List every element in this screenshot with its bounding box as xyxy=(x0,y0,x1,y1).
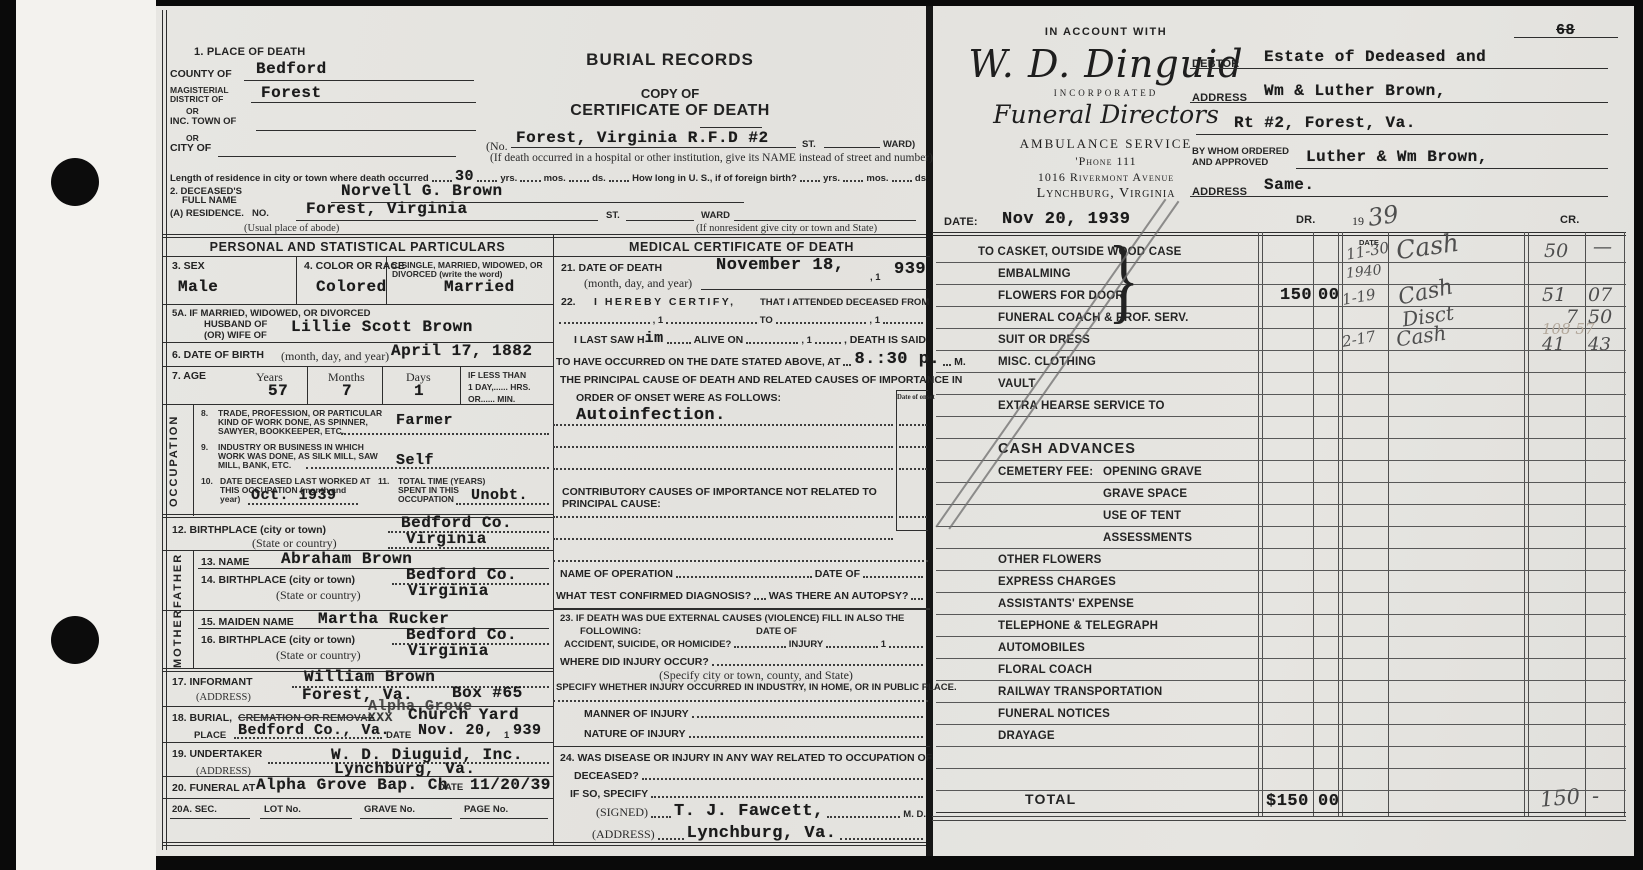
rule xyxy=(296,220,598,221)
ledger-row-label: TO CASKET, OUTSIDE WOOD CASE xyxy=(978,246,1181,258)
onset-box-border xyxy=(896,390,897,530)
ledger-row: TELEPHONE & TELEGRAPH xyxy=(936,614,1626,637)
hole-punch-icon xyxy=(51,616,99,664)
ledger-row-label: AUTOMOBILES xyxy=(998,642,1085,654)
wife-of-label: (OR) WIFE OF xyxy=(204,330,267,341)
birthplace-state: Virginia xyxy=(406,530,487,548)
occurred-row: TO HAVE OCCURRED ON THE DATE STATED ABOV… xyxy=(556,352,926,368)
preprint-1: , 1 xyxy=(869,315,880,326)
deceased-q-label: DECEASED? xyxy=(574,770,639,782)
mother-birthplace-label: 16. BIRTHPLACE (city or town) xyxy=(201,634,355,646)
age-days-value: 1 xyxy=(414,382,424,400)
deceased-q-row: DECEASED? xyxy=(574,768,926,782)
alive-on-label: ALIVE ON xyxy=(694,334,744,346)
to-label: TO xyxy=(760,315,773,326)
race-label: 4. COLOR OR RACE xyxy=(304,260,405,272)
page-gap xyxy=(926,6,933,856)
burial-date-preprint: 1 xyxy=(504,730,509,741)
dotted-rule xyxy=(899,446,927,448)
rule xyxy=(162,404,553,405)
cemetery-fee-label: CEMETERY FEE: xyxy=(998,466,1093,478)
page-no-label: PAGE No. xyxy=(464,804,508,815)
rule xyxy=(244,80,474,81)
dotted-rule xyxy=(553,516,893,518)
rule xyxy=(932,232,1626,233)
rule xyxy=(162,366,553,367)
ledger-row: MISC. CLOTHING xyxy=(936,350,1626,373)
district-label: DISTRICT OF xyxy=(170,94,223,104)
divider xyxy=(651,816,671,818)
address2-value: Rt #2, Forest, Va. xyxy=(1234,114,1416,132)
dob-label: 6. DATE OF BIRTH xyxy=(172,349,264,361)
place-of-death-heading: 1. PLACE OF DEATH xyxy=(194,46,305,58)
firm-street: 1016 Rivermont Avenue xyxy=(946,170,1266,185)
specify-city-note: (Specify city or town, county, and State… xyxy=(586,668,926,683)
rule xyxy=(824,147,880,148)
dotted-rule xyxy=(553,446,893,448)
inc-town-label: INC. TOWN OF xyxy=(170,116,236,127)
particulars-header: PERSONAL AND STATISTICAL PARTICULARS xyxy=(162,240,553,254)
sex-value: Male xyxy=(178,278,218,296)
divider xyxy=(863,576,923,578)
cell-divider xyxy=(193,610,194,668)
ledger-row xyxy=(936,746,1626,769)
cell-divider xyxy=(296,256,297,304)
rule xyxy=(162,237,930,238)
cash-advances-header: CASH ADVANCES xyxy=(998,441,1136,457)
signed-row: (SIGNED) T. J. Fawcett, M. D. xyxy=(596,800,926,820)
father-side-label: FATHER xyxy=(172,556,184,608)
certificate-title: CERTIFICATE OF DEATH xyxy=(520,102,820,120)
accident-label: ACCIDENT, SUICIDE, OR HOMICIDE? xyxy=(564,639,731,650)
date-of-death-preprint: , 1 xyxy=(870,272,881,283)
year-handwritten: 39 xyxy=(1366,200,1400,232)
mos-label: mos. xyxy=(866,173,888,184)
father-birthplace-state: Virginia xyxy=(408,582,489,600)
rule xyxy=(162,304,553,305)
specify-where-label: SPECIFY WHETHER INJURY OCCURRED IN INDUS… xyxy=(556,682,957,693)
rule xyxy=(734,220,916,221)
rule xyxy=(256,130,476,131)
onset-box-border xyxy=(896,390,928,391)
divider xyxy=(569,180,589,182)
total-label: TOTAL xyxy=(1025,791,1076,807)
rule xyxy=(932,235,1626,236)
debtor-value: Estate of Dedeased and xyxy=(1264,48,1486,66)
rule xyxy=(460,818,548,819)
item10-num: 10. xyxy=(201,476,213,486)
accident-row: ACCIDENT, SUICIDE, OR HOMICIDE? INJURY 1 xyxy=(564,636,926,650)
dotted-rule xyxy=(248,503,358,505)
rule xyxy=(932,820,1626,821)
rule xyxy=(162,234,930,235)
if-so-row: IF SO, SPECIFY xyxy=(570,786,926,800)
rule xyxy=(1190,102,1608,103)
dotted-rule xyxy=(899,468,927,470)
ledger-row-label: OPENING GRAVE xyxy=(1103,466,1202,478)
entry-cr-cents: 07 xyxy=(1588,284,1612,306)
physician-signature: T. J. Fawcett, xyxy=(674,802,824,821)
divider xyxy=(712,664,923,666)
ward-label: WARD xyxy=(701,210,730,221)
ledger-row: RAILWAY TRANSPORTATION xyxy=(936,680,1626,703)
binder-margin xyxy=(16,0,156,870)
divider xyxy=(676,576,812,578)
if-less-label: OR...... MIN. xyxy=(468,394,515,404)
st-label: ST. xyxy=(606,210,620,221)
abode-note: (Usual place of abode) xyxy=(244,223,339,234)
cert-border xyxy=(162,10,163,850)
rule xyxy=(360,818,452,819)
sex-label: 3. SEX xyxy=(172,260,205,272)
divider xyxy=(911,598,923,600)
preprint-1: , 1 xyxy=(653,315,664,326)
yrs-label: yrs. xyxy=(500,173,517,184)
divider xyxy=(776,322,867,324)
hole-punch-icon xyxy=(51,158,99,206)
autopsy-label: WAS THERE AN AUTOPSY? xyxy=(769,590,909,602)
address-label: (ADDRESS) xyxy=(592,827,655,842)
rule xyxy=(251,102,476,103)
dotted-rule xyxy=(388,547,549,549)
in-account-with-label: IN ACCOUNT WITH xyxy=(956,26,1256,38)
nature-row: NATURE OF INJURY xyxy=(584,726,926,740)
cell-divider xyxy=(382,366,383,404)
rule xyxy=(162,742,553,743)
ledger-row xyxy=(936,416,1626,439)
residence-label: (A) RESIDENCE. xyxy=(170,208,244,219)
age-years-value: 57 xyxy=(268,382,288,400)
occurred-label: TO HAVE OCCURRED ON THE DATE STATED ABOV… xyxy=(556,356,840,368)
rule xyxy=(1296,168,1608,169)
item11-num: 11. xyxy=(378,476,389,486)
total-cr-dollars: 150 xyxy=(1539,784,1581,811)
entry-cr-cents: — xyxy=(1593,236,1612,258)
divider xyxy=(815,342,841,344)
ledger-row-label: FLOWERS FOR DOOR xyxy=(998,290,1124,302)
father-name-label: 13. NAME xyxy=(201,556,249,568)
ledger-row: USE OF TENT xyxy=(936,504,1626,527)
firm-subtitle: Funeral Directors xyxy=(946,100,1266,129)
age-label: 7. AGE xyxy=(172,370,206,382)
manner-row: MANNER OF INJURY xyxy=(584,706,926,720)
undertaker-label: 19. UNDERTAKER xyxy=(172,748,262,760)
contributory-label: CONTRIBUTORY CAUSES OF IMPORTANCE NOT RE… xyxy=(562,486,877,498)
divider xyxy=(642,778,923,780)
dob-sublabel: (month, day, and year) xyxy=(281,349,389,364)
ledger-row: EMBALMING xyxy=(936,262,1626,285)
occupation-related-label: 24. WAS DISEASE OR INJURY IN ANY WAY REL… xyxy=(560,752,932,764)
funeral-date-label: DATE xyxy=(438,782,463,793)
divider xyxy=(840,838,924,840)
deceased-label: FULL NAME xyxy=(182,195,237,206)
father-name: Abraham Brown xyxy=(281,550,412,568)
rule xyxy=(626,220,694,221)
ledger-page-number: 68 xyxy=(1556,22,1575,39)
st-label: ST. xyxy=(802,139,816,150)
grave-no-label: GRAVE No. xyxy=(364,804,415,815)
nature-of-injury-label: NATURE OF INJURY xyxy=(584,728,686,740)
ledger-row-label: OTHER FLOWERS xyxy=(998,554,1102,566)
rule xyxy=(1190,68,1608,69)
cell-divider xyxy=(460,366,461,404)
ledger-row: CEMETERY FEE:OPENING GRAVE xyxy=(936,460,1626,483)
item9-num: 9. xyxy=(201,442,208,452)
ledger-row-label: ASSESSMENTS xyxy=(1103,532,1192,544)
rule xyxy=(511,147,796,148)
attended-from-to-row: , 1 TO , 1 xyxy=(556,312,926,326)
ledger-date-label: DATE: xyxy=(944,216,978,228)
divider xyxy=(827,816,900,818)
ledger-row: FUNERAL NOTICES xyxy=(936,702,1626,725)
funeral-place-value: Alpha Grove Bap. Ch xyxy=(256,776,448,794)
manner-of-injury-label: MANNER OF INJURY xyxy=(584,708,689,720)
entry-cr-cents: 43 xyxy=(1588,334,1611,355)
last-saw-label: I LAST SAW H xyxy=(574,334,645,346)
ledger-row: GRAVE SPACE xyxy=(936,482,1626,505)
rule xyxy=(553,608,930,610)
if-so-specify-label: IF SO, SPECIFY xyxy=(570,788,648,800)
ledger-row xyxy=(936,768,1626,791)
cause-of-death-value: Autoinfection. xyxy=(576,406,726,425)
county-value: Bedford xyxy=(256,60,327,78)
copy-of-title: COPY OF xyxy=(520,86,820,101)
test-autopsy-row: WHAT TEST CONFIRMED DIAGNOSIS? WAS THERE… xyxy=(556,588,926,602)
entry-cr-dollars: 51 xyxy=(1542,284,1566,306)
total-dr-dollars: $150 xyxy=(1266,792,1309,811)
date-of-death-sublabel: (month, day, and year) xyxy=(584,276,692,291)
informant-label: 17. INFORMANT xyxy=(172,676,253,688)
divider xyxy=(658,838,684,840)
divider xyxy=(800,180,820,182)
test-label: WHAT TEST CONFIRMED DIAGNOSIS? xyxy=(556,590,751,602)
divider xyxy=(520,180,540,182)
nonresident-note: (If nonresident give city or town and St… xyxy=(696,223,877,234)
operation-row: NAME OF OPERATION DATE OF xyxy=(560,566,926,580)
dotted-rule xyxy=(553,700,928,702)
ledger-row: ASSISTANTS' EXPENSE xyxy=(936,592,1626,615)
ordered-value: Luther & Wm Brown, xyxy=(1306,148,1488,166)
divider xyxy=(692,716,923,718)
informant-name: William Brown xyxy=(304,668,435,686)
spouse-name: Lillie Scott Brown xyxy=(291,318,473,336)
city-label: CITY OF xyxy=(170,142,211,154)
divider xyxy=(666,322,757,324)
ledger-row: OTHER FLOWERS xyxy=(936,548,1626,571)
contributory-label2: PRINCIPAL CAUSE: xyxy=(562,498,661,510)
entry-dr-dollars: 150 xyxy=(1280,286,1312,305)
him-typed: im xyxy=(645,330,664,347)
rule xyxy=(1190,196,1608,197)
operation-date-label: DATE OF xyxy=(815,568,860,580)
entry-dr-cents: 00 xyxy=(1318,286,1339,305)
ordered-label2: AND APPROVED xyxy=(1192,157,1268,168)
cell-divider xyxy=(307,366,308,404)
mos-label: mos. xyxy=(544,173,566,184)
ds-label: ds. xyxy=(592,173,606,184)
dotted-rule xyxy=(553,424,893,426)
scanned-document: 1. PLACE OF DEATH COUNTY OF Bedford MAGI… xyxy=(0,0,1643,870)
mother-side-label: MOTHER xyxy=(172,616,184,668)
operation-label: NAME OF OPERATION xyxy=(560,568,673,580)
rule xyxy=(162,798,553,799)
ledger-row: FLORAL COACH xyxy=(936,658,1626,681)
divider xyxy=(559,322,650,324)
divider xyxy=(843,180,863,182)
item8-label: SAWYER, BOOKKEEPER, ETC. xyxy=(218,426,344,436)
document-paper: 1. PLACE OF DEATH COUNTY OF Bedford MAGI… xyxy=(156,6,1634,856)
ds-label: ds xyxy=(915,173,926,184)
physician-address-row: (ADDRESS) Lynchburg, Va. xyxy=(592,822,926,842)
divider xyxy=(651,796,923,798)
dotted-rule xyxy=(234,737,382,739)
dotted-rule xyxy=(899,516,927,518)
last-saw-row: I LAST SAW H im ALIVE ON , 1 , DEATH IS … xyxy=(574,332,926,346)
hospital-note: (If death occurred in a hospital or othe… xyxy=(490,152,930,164)
divider xyxy=(667,342,691,344)
occupation-side-label: OCCUPATION xyxy=(168,414,180,508)
attended-label: THAT I ATTENDED DECEASED FROM xyxy=(760,297,929,308)
where-injury-row: WHERE DID INJURY OCCUR? xyxy=(560,654,926,668)
divider xyxy=(892,180,912,182)
funeral-date-value: 11/20/39 xyxy=(470,776,551,794)
death-said-label: , DEATH IS SAID xyxy=(844,334,926,346)
ledger-row-label: EXPRESS CHARGES xyxy=(998,576,1116,588)
dotted-rule xyxy=(553,560,928,562)
dotted-rule xyxy=(553,468,893,470)
ledger-row: AUTOMOBILES xyxy=(936,636,1626,659)
trade-value: Farmer xyxy=(396,412,453,429)
mother-name-label: 15. MAIDEN NAME xyxy=(201,616,294,628)
cell-divider xyxy=(193,550,194,610)
burial-records-title: BURIAL RECORDS xyxy=(520,50,820,70)
ward-label: WARD) xyxy=(883,139,915,150)
item11-label: OCCUPATION xyxy=(398,494,454,504)
ledger-row-label: DRAYAGE xyxy=(998,730,1055,742)
ledger-row: ASSESSMENTS xyxy=(936,526,1626,549)
date-of-onset-label: Date of onset xyxy=(897,394,935,401)
dotted-rule xyxy=(899,424,927,426)
ledger-row-label: RAILWAY TRANSPORTATION xyxy=(998,686,1162,698)
address-value: Wm & Luther Brown, xyxy=(1264,82,1446,100)
cell-divider xyxy=(193,404,194,516)
residence-no-label: NO. xyxy=(252,208,269,219)
divider xyxy=(754,598,766,600)
rule xyxy=(162,256,553,257)
yrs-label: yrs. xyxy=(823,173,840,184)
principal-cause-label: THE PRINCIPAL CAUSE OF DEATH AND RELATED… xyxy=(560,374,962,386)
divider xyxy=(746,342,798,344)
preprint-1: , 1 xyxy=(801,335,812,346)
dob-value: April 17, 1882 xyxy=(391,342,532,360)
item9-label: MILL, BANK, ETC. xyxy=(218,460,291,470)
rule xyxy=(553,746,930,747)
rule xyxy=(218,156,456,157)
ledger-row: FUNERAL COACH & PROF. SERV. xyxy=(936,306,1626,329)
mother-birthplace-state: Virginia xyxy=(408,642,489,660)
time-of-death-value: 8.:30 p. xyxy=(854,350,940,369)
ledger-row: TO CASKET, OUTSIDE WOOD CASE xyxy=(936,240,1626,263)
certify-label: I HEREBY CERTIFY, xyxy=(594,296,736,308)
total-dr-cents: 00 xyxy=(1318,792,1339,811)
entry-cr-dollars: 41 xyxy=(1542,334,1565,355)
item10-label: year) xyxy=(220,494,240,504)
injury-label: INJURY xyxy=(789,639,824,650)
marital-value: Married xyxy=(444,278,515,296)
father-birthplace-label: 14. BIRTHPLACE (city or town) xyxy=(201,574,355,586)
divider xyxy=(734,646,785,648)
total-time-value: Unobt. xyxy=(471,487,528,504)
ordered-label: BY WHOM ORDERED xyxy=(1192,146,1289,157)
sec-label: 20A. SEC. xyxy=(172,804,217,815)
deceased-name: Norvell G. Brown xyxy=(341,182,503,200)
item8-num: 8. xyxy=(201,408,208,418)
ledger-row: CASH ADVANCES xyxy=(936,438,1626,461)
address-label: (ADDRESS) xyxy=(196,692,251,703)
physician-address: Lynchburg, Va. xyxy=(687,824,837,843)
external-causes-label: 23. IF DEATH WAS DUE EXTERNAL CAUSES (VI… xyxy=(560,613,904,624)
ledger-row: DRAYAGE xyxy=(936,724,1626,747)
divider xyxy=(889,646,923,648)
birthplace-label: 12. BIRTHPLACE (city or town) xyxy=(172,524,326,536)
ledger-row-label: FUNERAL NOTICES xyxy=(998,708,1110,720)
husband-of-label: HUSBAND OF xyxy=(204,319,267,330)
state-label: (State or country) xyxy=(276,648,361,663)
county-label: COUNTY OF xyxy=(170,68,232,80)
residence-value: Forest, Virginia xyxy=(306,200,468,218)
or-label: OR xyxy=(186,106,199,116)
order-of-onset-label: ORDER OF ONSET WERE AS FOLLOWS: xyxy=(576,392,781,404)
age-months-value: 7 xyxy=(342,382,352,400)
if-less-label: 1 DAY,...... HRS. xyxy=(468,382,531,392)
district-value: Forest xyxy=(261,84,322,102)
burial-place-label: PLACE xyxy=(194,730,226,741)
last-worked-value: Oct. 1939 xyxy=(251,487,337,504)
divider xyxy=(883,322,923,324)
rule xyxy=(1196,134,1608,135)
divider xyxy=(609,180,629,182)
burial-date-label: DATE xyxy=(386,730,411,741)
state-label: (State or country) xyxy=(252,536,337,551)
lot-label: LOT No. xyxy=(264,804,301,815)
md-label: M. D. xyxy=(903,809,926,820)
ledger-row-label: GRAVE SPACE xyxy=(1103,488,1187,500)
date-of-death-value: November 18, xyxy=(716,256,844,275)
burial-date-value: Nov. 20, xyxy=(418,722,494,739)
burial-date-value2: 939 xyxy=(513,722,542,739)
address3-value: Same. xyxy=(1264,176,1315,194)
rule xyxy=(170,818,250,819)
signed-label: (SIGNED) xyxy=(596,805,648,820)
ledger-row-label: VAULT xyxy=(998,378,1036,390)
medical-header: MEDICAL CERTIFICATE OF DEATH xyxy=(553,240,930,254)
burial-label: 18. BURIAL, xyxy=(172,712,232,724)
how-long-label: How long in U. S., if of foreign birth? xyxy=(632,173,797,184)
rule xyxy=(260,818,352,819)
onset-box-border xyxy=(896,530,928,531)
dotted-rule xyxy=(553,538,893,540)
total-cr-cents: - xyxy=(1592,784,1599,808)
ledger-row-label: ASSISTANTS' EXPENSE xyxy=(998,598,1134,610)
entry-cr-dollars: 50 xyxy=(1544,240,1568,262)
street-address-value: Forest, Virginia R.F.D #2 xyxy=(516,129,769,147)
divider xyxy=(689,736,923,738)
state-label: (State or country) xyxy=(276,588,361,603)
divider xyxy=(843,364,851,366)
where-injury-label: WHERE DID INJURY OCCUR? xyxy=(560,656,709,668)
ledger-row: SUIT OR DRESS xyxy=(936,328,1626,351)
ledger-row-label: TELEPHONE & TELEGRAPH xyxy=(998,620,1158,632)
